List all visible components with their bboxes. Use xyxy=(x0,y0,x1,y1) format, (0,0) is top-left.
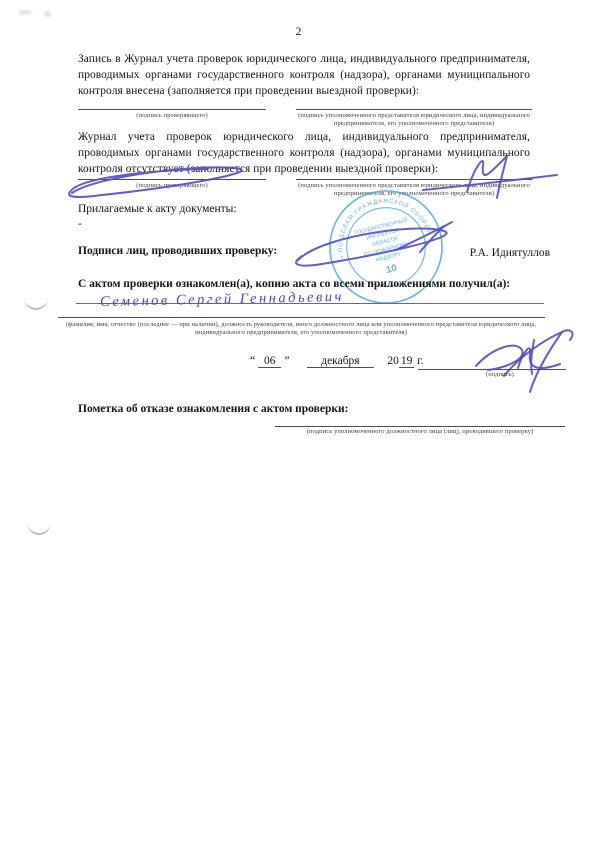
signature-stroke xyxy=(288,218,458,278)
date-row: “ 06 ” декабря 2019 г. xyxy=(250,355,424,367)
pencil-mark xyxy=(27,522,51,535)
refusal-label: Пометка об отказе ознакомления с актом п… xyxy=(78,403,348,415)
signature-line xyxy=(78,109,266,110)
inspectors-signatures-label: Подписи лиц, проводивших проверку: xyxy=(78,245,277,257)
signature-stroke xyxy=(468,334,572,376)
paragraph-journal-entry: Запись в Журнал учета проверок юридическ… xyxy=(78,51,530,100)
acknowledged-label: С актом проверки ознакомлен(а), копию ак… xyxy=(78,278,538,290)
date-century: 20 xyxy=(387,355,399,367)
signature-stroke xyxy=(58,157,258,207)
name-line xyxy=(58,317,545,318)
open-quote: “ xyxy=(250,355,258,367)
page-number: 2 xyxy=(0,24,597,39)
attachments-value: - xyxy=(78,218,82,230)
signature-caption: (подпись уполномоченного представителя ю… xyxy=(290,112,538,127)
scan-smudge xyxy=(18,10,32,15)
pencil-mark xyxy=(24,297,48,310)
date-month: декабря xyxy=(307,355,373,368)
scan-smudge xyxy=(44,11,51,17)
date-year: 19 xyxy=(399,355,415,368)
signature-line xyxy=(275,426,565,427)
signature-line xyxy=(296,109,532,110)
attachments-label: Прилагаемые к акту документы: xyxy=(78,203,237,215)
handwritten-name: Семенов Сергей Геннадьевич xyxy=(100,289,344,311)
scanned-document-page: { "page": { "number": "2" }, "paragraphs… xyxy=(0,0,597,846)
close-quote: ” xyxy=(281,355,289,367)
date-day: 06 xyxy=(258,355,282,368)
date-suffix: г. xyxy=(417,355,423,367)
official-signature-caption: (подпись уполномоченного должностного ли… xyxy=(275,428,565,436)
signature-caption: (подпись проверяющего) xyxy=(78,112,266,120)
